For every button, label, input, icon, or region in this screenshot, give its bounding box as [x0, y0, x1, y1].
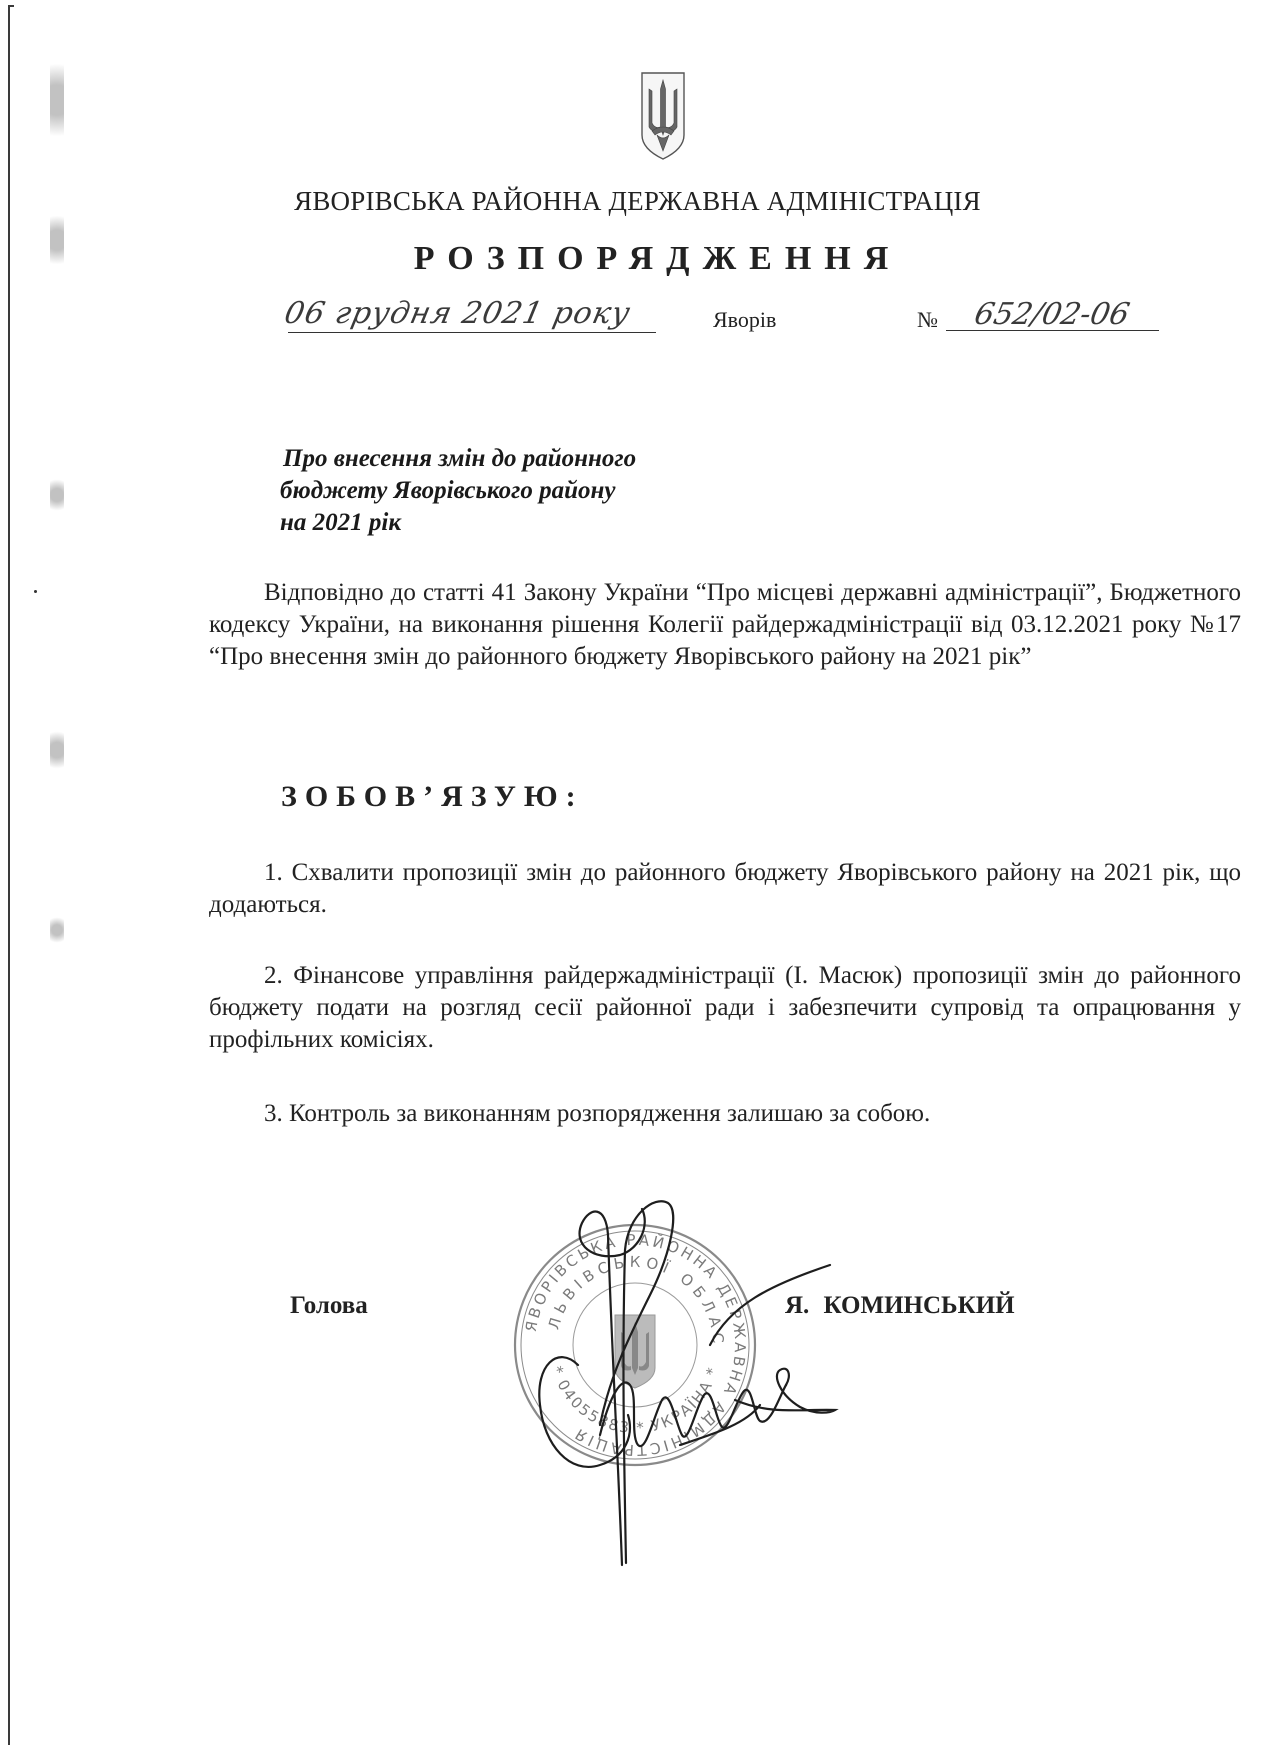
city-label: Яворів: [713, 307, 776, 333]
directive-item-2: 2. Фінансове управління райдержадміністр…: [209, 960, 1241, 1056]
handwritten-document-number: 652/02-06: [971, 297, 1132, 332]
scan-noise: [50, 40, 64, 160]
handwritten-date: 06 грудня 2021 року: [281, 296, 634, 331]
document-subject: Про внесення змін до районного бюджету Я…: [280, 443, 636, 539]
date-underline: [288, 332, 656, 333]
directive-heading: ЗОБОВ’ЯЗУЮ:: [281, 780, 584, 814]
signatory-role: Голова: [290, 1292, 368, 1320]
scan-noise: [50, 720, 64, 780]
subject-line: Про внесення змін до районного: [280, 443, 636, 475]
signatory-name: Я. КОМИНСЬКИЙ: [785, 1292, 1015, 1320]
scan-dot: [34, 590, 37, 593]
number-underline: [946, 330, 1159, 331]
subject-line: на 2021 рік: [280, 507, 636, 539]
document-type-title: РОЗПОРЯДЖЕННЯ: [0, 240, 1275, 278]
preamble-paragraph: Відповідно до статті 41 Закону України “…: [209, 577, 1241, 673]
scan-edge-corner: [8, 5, 14, 7]
scan-noise: [50, 470, 64, 520]
subject-line: бюджету Яворівського району: [280, 475, 636, 507]
directive-item-1: 1. Схвалити пропозиції змін до районного…: [209, 857, 1241, 921]
directive-item-3: 3. Контроль за виконанням розпорядження …: [209, 1098, 1241, 1130]
coat-of-arms-icon: [641, 71, 685, 161]
scan-noise: [50, 910, 64, 950]
number-sign: №: [917, 307, 938, 333]
organization-name: ЯВОРІВСЬКА РАЙОННА ДЕРЖАВНА АДМІНІСТРАЦІ…: [0, 186, 1275, 217]
handwritten-signature: [530, 1195, 840, 1585]
